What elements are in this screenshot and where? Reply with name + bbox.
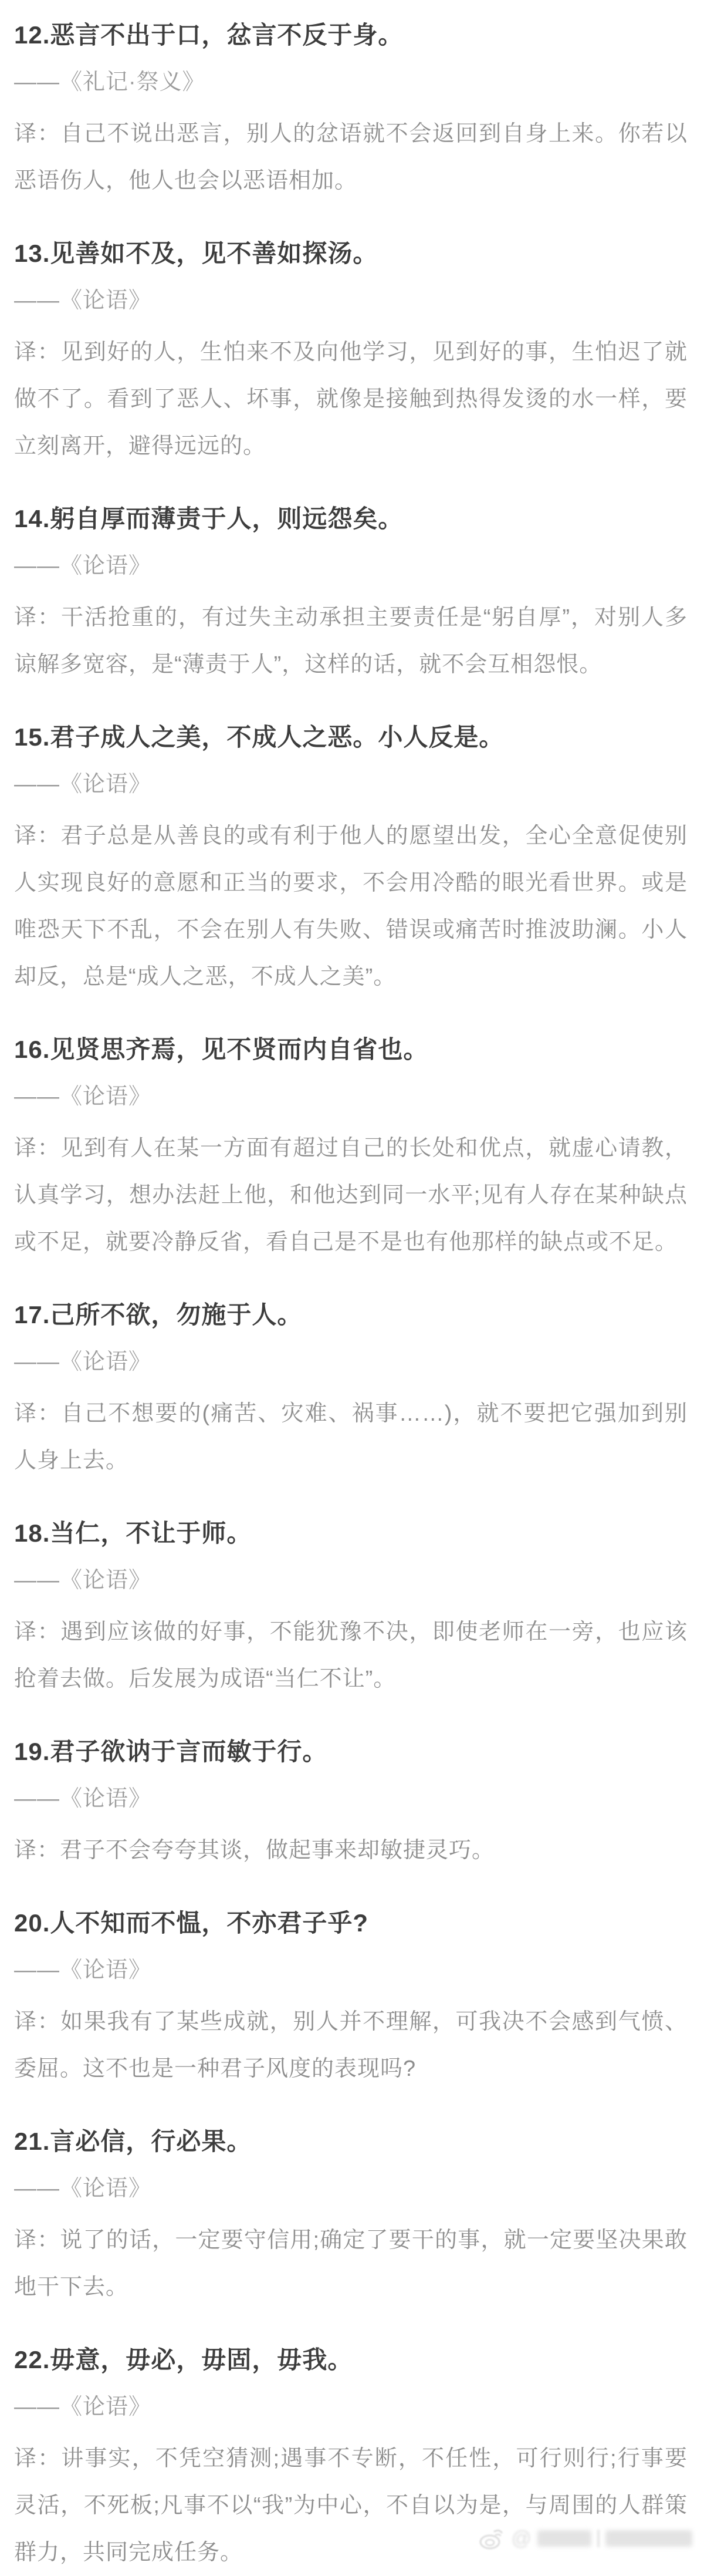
quote-source: ——《论语》 (14, 770, 688, 798)
quote-translation: 译：说了的话，一定要守信用;确定了要干的事，就一定要坚决果敢地干下去。 (14, 2217, 688, 2311)
quote-heading: 17.己所不欲，勿施于人。 (14, 1300, 688, 1330)
quote-heading: 21.言必信，行必果。 (14, 2126, 688, 2157)
quote-source: ——《论语》 (14, 1785, 688, 1813)
quote-item-14: 14.躬自厚而薄责于人，则远怨矣。 ——《论语》 译：干活抢重的，有过失主动承担… (14, 504, 688, 688)
quote-source: ——《论语》 (14, 2393, 688, 2421)
quote-translation: 译：见到好的人，生怕来不及向他学习，见到好的事，生怕迟了就做不了。看到了恶人、坏… (14, 329, 688, 470)
quote-heading: 14.躬自厚而薄责于人，则远怨矣。 (14, 504, 688, 534)
quote-source: ——《论语》 (14, 286, 688, 315)
watermark-illegible-text (605, 2530, 692, 2547)
quote-heading: 12.恶言不出于口，忿言不反于身。 (14, 20, 688, 50)
quote-source: ——《论语》 (14, 552, 688, 580)
quote-translation: 译：遇到应该做的好事，不能犹豫不决，即使老师在一旁，也应该抢着去做。后发展为成语… (14, 1609, 688, 1702)
quote-heading: 13.见善如不及，见不善如探汤。 (14, 238, 688, 269)
quote-translation: 译：君子不会夸夸其谈，做起事来却敏捷灵巧。 (14, 1827, 688, 1874)
quote-source: ——《论语》 (14, 1956, 688, 1984)
quote-item-20: 20.人不知而不愠，不亦君子乎? ——《论语》 译：如果我有了某些成就，别人并不… (14, 1908, 688, 2092)
weibo-watermark: @ (477, 2524, 692, 2553)
quote-item-17: 17.己所不欲，勿施于人。 ——《论语》 译：自己不想要的(痛苦、灾难、祸事……… (14, 1300, 688, 1484)
quote-item-21: 21.言必信，行必果。 ——《论语》 译：说了的话，一定要守信用;确定了要干的事… (14, 2126, 688, 2311)
quote-translation: 译：讲事实，不凭空猜测;遇事不专断，不任性，可行则行;行事要灵活，不死板;凡事不… (14, 2435, 688, 2576)
quote-heading: 16.见贤思齐焉，见不贤而内自省也。 (14, 1034, 688, 1065)
quote-item-18: 18.当仁，不让于师。 ——《论语》 译：遇到应该做的好事，不能犹豫不决，即使老… (14, 1518, 688, 1702)
quote-source: ——《论语》 (14, 2174, 688, 2203)
quote-heading: 22.毋意，毋必，毋固，毋我。 (14, 2345, 688, 2375)
weibo-logo-icon (477, 2524, 505, 2553)
quote-translation: 译：干活抢重的，有过失主动承担主要责任是“躬自厚”，对别人多谅解多宽容，是“薄责… (14, 594, 688, 688)
quote-heading: 18.当仁，不让于师。 (14, 1518, 688, 1549)
quote-source: ——《礼记·祭义》 (14, 68, 688, 96)
quote-translation: 译：君子总是从善良的或有利于他人的愿望出发，全心全意促使别人实现良好的意愿和正当… (14, 812, 688, 1000)
quote-translation: 译：自己不说出恶言，别人的忿语就不会返回到自身上来。你若以恶语伤人，他人也会以恶… (14, 110, 688, 204)
quote-translation: 译：见到有人在某一方面有超过自己的长处和优点，就虚心请教，认真学习，想办法赶上他… (14, 1125, 688, 1266)
quote-heading: 15.君子成人之美，不成人之恶。小人反是。 (14, 722, 688, 753)
quote-source: ——《论语》 (14, 1566, 688, 1594)
watermark-at-symbol: @ (511, 2527, 532, 2550)
quote-heading: 19.君子欲讷于言而敏于行。 (14, 1737, 688, 1767)
quote-item-15: 15.君子成人之美，不成人之恶。小人反是。 ——《论语》 译：君子总是从善良的或… (14, 722, 688, 1000)
watermark-illegible-text (537, 2530, 591, 2547)
quote-item-12: 12.恶言不出于口，忿言不反于身。 ——《礼记·祭义》 译：自己不说出恶言，别人… (14, 20, 688, 204)
quote-item-13: 13.见善如不及，见不善如探汤。 ——《论语》 译：见到好的人，生怕来不及向他学… (14, 238, 688, 470)
quote-source: ——《论语》 (14, 1083, 688, 1111)
quote-item-19: 19.君子欲讷于言而敏于行。 ——《论语》 译：君子不会夸夸其谈，做起事来却敏捷… (14, 1737, 688, 1874)
quote-source: ——《论语》 (14, 1348, 688, 1376)
watermark-separator (597, 2530, 600, 2547)
quote-heading: 20.人不知而不愠，不亦君子乎? (14, 1908, 688, 1938)
quotes-document: 12.恶言不出于口，忿言不反于身。 ——《礼记·祭义》 译：自己不说出恶言，别人… (0, 0, 704, 2576)
quote-translation: 译：自己不想要的(痛苦、灾难、祸事……)，就不要把它强加到别人身上去。 (14, 1390, 688, 1484)
quote-item-16: 16.见贤思齐焉，见不贤而内自省也。 ——《论语》 译：见到有人在某一方面有超过… (14, 1034, 688, 1266)
quote-translation: 译：如果我有了某些成就，别人并不理解，可我决不会感到气愤、委屈。这不也是一种君子… (14, 1998, 688, 2092)
